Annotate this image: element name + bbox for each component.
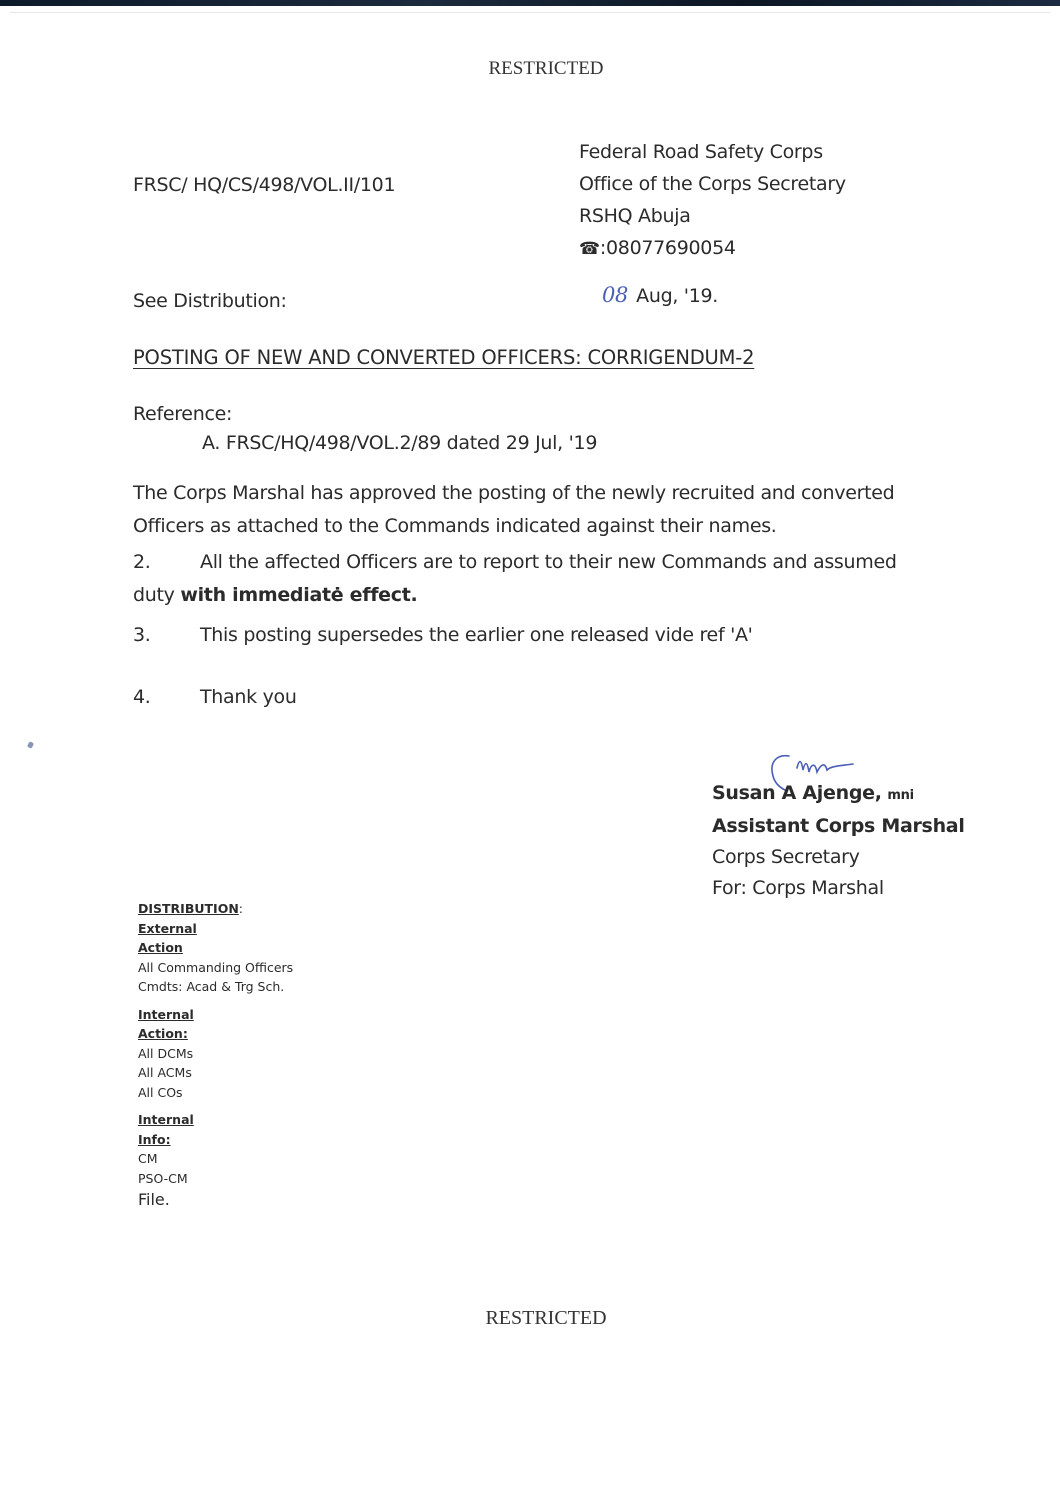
paragraph-3-number: 3. — [133, 624, 200, 646]
distribution-group-3-heading-1: Internal — [138, 1110, 293, 1130]
distribution-list: DISTRIBUTION: External Action All Comman… — [138, 899, 293, 1212]
paragraph-1: The Corps Marshal has approved the posti… — [133, 477, 894, 543]
distribution-item: Cmdts: Acad & Trg Sch. — [138, 977, 293, 997]
address-line-office: Office of the Corps Secretary — [579, 168, 846, 200]
recipient-line: See Distribution: — [133, 290, 287, 312]
distribution-group-1-heading-2: Action — [138, 938, 293, 958]
distribution-item: All DCMs — [138, 1044, 293, 1064]
handwritten-day: 08 — [602, 283, 628, 307]
distribution-item: All ACMs — [138, 1063, 293, 1083]
signatory-rank: Assistant Corps Marshal — [712, 811, 965, 842]
paragraph-2: 2.All the affected Officers are to repor… — [133, 546, 897, 612]
paragraph-2-suffix: . — [411, 584, 418, 606]
distribution-item: All COs — [138, 1083, 293, 1103]
distribution-group-3-heading-2: Info: — [138, 1130, 293, 1150]
paragraph-2-emphasis: with immediatė effect — [180, 584, 410, 606]
paragraph-4: 4.Thank you — [133, 686, 297, 708]
scan-ink-speck — [27, 741, 34, 749]
paragraph-2-number: 2. — [133, 546, 200, 579]
distribution-group-2-heading-2: Action: — [138, 1024, 293, 1044]
signatory-name: Susan A Ajenge, — [712, 782, 882, 804]
paragraph-4-number: 4. — [133, 686, 200, 708]
distribution-item: CM — [138, 1149, 293, 1169]
date-month-year: Aug, '19. — [636, 285, 718, 307]
signatory-for: For: Corps Marshal — [712, 873, 965, 904]
sender-address: Federal Road Safety Corps Office of the … — [579, 136, 846, 264]
paragraph-3-text: This posting supersedes the earlier one … — [200, 624, 753, 646]
distribution-heading-colon: : — [239, 901, 243, 916]
paragraph-3: 3.This posting supersedes the earlier on… — [133, 624, 753, 646]
address-phone: ☎:08077690054 — [579, 232, 846, 264]
address-line-org: Federal Road Safety Corps — [579, 136, 846, 168]
letter-date: 08Aug, '19. — [602, 283, 718, 307]
distribution-file: File. — [138, 1188, 293, 1212]
signatory-postnominal: mni — [887, 788, 913, 803]
distribution-group-1-heading-1: External — [138, 919, 293, 939]
address-line-location: RSHQ Abuja — [579, 200, 846, 232]
subject-heading: POSTING OF NEW AND CONVERTED OFFICERS: C… — [133, 346, 754, 369]
scan-edge-bar — [0, 0, 1060, 6]
paragraph-4-text: Thank you — [200, 686, 297, 708]
paragraph-2-prefix: duty — [133, 584, 180, 606]
scan-edge-line — [10, 12, 1050, 13]
paragraph-1-line-1: The Corps Marshal has approved the posti… — [133, 477, 894, 510]
reference-item-a: A. FRSC/HQ/498/VOL.2/89 dated 29 Jul, '1… — [202, 432, 597, 454]
telephone-icon: ☎ — [579, 239, 600, 259]
distribution-item: PSO-CM — [138, 1169, 293, 1189]
paragraph-1-line-2: Officers as attached to the Commands ind… — [133, 510, 894, 543]
distribution-group-2-heading-1: Internal — [138, 1005, 293, 1025]
classification-bottom: RESTRICTED — [0, 1307, 1060, 1330]
distribution-item: All Commanding Officers — [138, 958, 293, 978]
signatory-title: Corps Secretary — [712, 842, 965, 873]
reference-number: FRSC/ HQ/CS/498/VOL.II/101 — [133, 174, 395, 196]
paragraph-2-line-1: All the affected Officers are to report … — [200, 551, 897, 573]
reference-label: Reference: — [133, 403, 232, 425]
classification-top: RESTRICTED — [0, 58, 1060, 80]
distribution-heading: DISTRIBUTION — [138, 901, 239, 916]
phone-number: :08077690054 — [600, 237, 736, 259]
